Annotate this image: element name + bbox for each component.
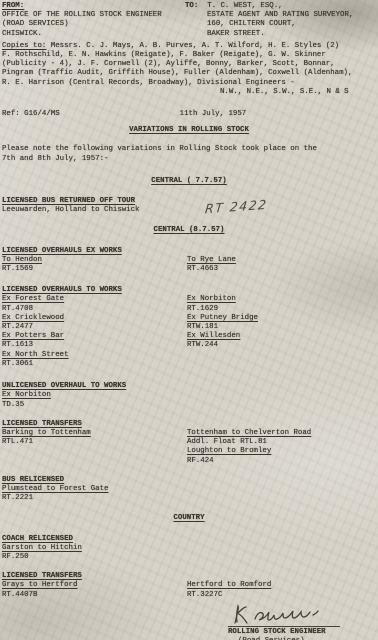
handwritten-fleet-annotation: RT 2422 [205,200,268,214]
route-text: To Rye Lane [187,256,376,265]
right-column: Ex Norbiton RT.1629 Ex Putney Bridge RTW… [187,295,376,369]
copies-line1-rest: Messrs. C. J. Mays, A. B. Purves, A. T. … [46,42,339,50]
route-text: To Hendon [2,256,187,265]
route-text: Plumstead to Forest Gate [2,485,376,494]
to-street1: 160, CHILTERN COURT, [207,20,353,29]
section-licensed-transfers-country: LICENSED TRANSFERS Grays to Hertford RT.… [2,572,376,600]
left-column: Grays to Hertford RT.4407B [2,581,187,599]
signoff-title: ROLLING STOCK ENGINEER [228,628,346,637]
route-text: Grays to Hertford [2,581,187,590]
signature-scrawl [228,604,340,627]
route-text: Tottenham to Chelverton Road [187,429,376,438]
route-text: Ex Norbiton [2,391,376,400]
fleet-number: Addl. Float RTL.81 [187,438,376,447]
doc-title: VARIATIONS IN ROLLING STOCK [129,126,249,134]
to-street2: BAKER STREET. [207,30,353,39]
scanned-memo-page: FROM: OFFICE OF THE ROLLING STOCK ENGINE… [0,0,378,640]
section-bus-relicensed: BUS RELICENSED Plumstead to Forest Gate … [2,476,376,504]
section-title: LICENSED TRANSFERS [2,420,376,429]
fleet-number: RF.424 [187,457,376,466]
section-coach-relicensed: COACH RELICENSED Garston to Hitchin RF.2… [2,535,376,563]
to-address: ESTATE AGENT AND RATING SURVEYOR, 160, C… [207,11,353,39]
central-8-heading-row: CENTRAL (8.7.57) [2,226,376,235]
right-column: To Rye Lane RT.4663 [187,256,376,274]
fleet-number: RT.2221 [2,494,376,503]
copies-line6: N.W., N.E., S.W., S.E., N & S [220,88,376,97]
section-overhauls-to-works: LICENSED OVERHAULS TO WORKS Ex Forest Ga… [2,286,376,369]
copies-line4: Pingram (Traffic Audit, Griffith House),… [2,69,376,78]
to-block: TO: T. C. WEST, ESQ., ESTATE AGENT AND R… [185,2,353,39]
ref-number: Ref: G16/4/MS [2,110,60,119]
two-column-row: To Hendon RT.1569 To Rye Lane RT.4663 [2,256,376,274]
fleet-number: RT.1629 [187,305,376,314]
section-returned-off-tour: LICENSED BUS RETURNED OFF TOUR Leeuwarde… [2,197,376,215]
to-line1: TO: T. C. WEST, ESQ., [185,2,353,11]
left-column: To Hendon RT.1569 [2,256,187,274]
signature-block: ROLLING STOCK ENGINEER (Road Services) [228,604,346,640]
section-title: COACH RELICENSED [2,535,376,544]
copies-label: Copies to: [2,42,46,50]
section-title: UNLICENSED OVERHAUL TO WORKS [2,382,376,391]
central-8-heading: CENTRAL (8.7.57) [154,226,225,234]
route-text: Leeuwarden, Holland to Chiswick [2,206,140,214]
two-column-row: Ex Forest Gate RT.4708 Ex Cricklewood RT… [2,295,376,369]
memo-content: FROM: OFFICE OF THE ROLLING STOCK ENGINE… [0,0,378,640]
intro-line1: Please note the following variations in … [2,145,376,154]
route-text: Garston to Hitchin [2,544,376,553]
intro-paragraph: Please note the following variations in … [2,145,376,163]
route-text: Ex Cricklewood [2,314,187,323]
from-location: CHISWICK. [2,30,185,39]
copies-line1: Copies to: Messrs. C. J. Mays, A. B. Pur… [2,42,376,51]
country-heading: COUNTRY [173,514,204,522]
country-heading-row: COUNTRY [2,514,376,523]
ref-date-row: Ref: G16/4/MS 11th July, 1957 [2,110,376,119]
right-column: Hertford to Romford RT.3227C [187,581,376,599]
fleet-number: RT.3227C [187,591,376,600]
left-column: Ex Forest Gate RT.4708 Ex Cricklewood RT… [2,295,187,369]
section-overhauls-ex-works: LICENSED OVERHAULS EX WORKS To Hendon RT… [2,247,376,275]
memo-header: FROM: OFFICE OF THE ROLLING STOCK ENGINE… [2,2,376,39]
fleet-number: RTW.244 [187,341,376,350]
two-column-row: Grays to Hertford RT.4407B Hertford to R… [2,581,376,599]
left-column: Barking to Tottenham RTL.471 [2,429,187,466]
section-licensed-transfers-central: LICENSED TRANSFERS Barking to Tottenham … [2,420,376,466]
route-text: Loughton to Bromley [187,447,376,456]
to-label: TO: [185,2,198,11]
fleet-number: RTW.181 [187,323,376,332]
section-title: LICENSED OVERHAULS EX WORKS [2,247,376,256]
route-text: Barking to Tottenham [2,429,187,438]
from-block: FROM: OFFICE OF THE ROLLING STOCK ENGINE… [2,2,185,39]
fleet-number: RTL.471 [2,438,187,447]
fleet-number: RF.250 [2,553,376,562]
section-title: BUS RELICENSED [2,476,376,485]
memo-date: 11th July, 1957 [180,110,247,119]
section-title: LICENSED BUS RETURNED OFF TOUR [2,197,376,206]
from-label: FROM: [2,2,185,11]
copies-block: Copies to: Messrs. C. J. Mays, A. B. Pur… [2,42,376,97]
fleet-number: RT.4708 [2,305,187,314]
fleet-number: RT.4407B [2,591,187,600]
fleet-number: RT.3061 [2,360,187,369]
fleet-number: RT.4663 [187,265,376,274]
fleet-number: TD.35 [2,401,376,410]
fleet-number: RT.2477 [2,323,187,332]
from-dept: (ROAD SERVICES) [2,20,185,29]
to-name: T. C. WEST, ESQ., [207,2,282,11]
section-unlicensed-overhaul: UNLICENSED OVERHAUL TO WORKS Ex Norbiton… [2,382,376,410]
central-7-heading: CENTRAL ( 7.7.57) [151,177,226,185]
route-line: Leeuwarden, Holland to Chiswick RT 2422 [2,206,376,215]
central-7-heading-row: CENTRAL ( 7.7.57) [2,177,376,186]
fleet-number: RT.1569 [2,265,187,274]
intro-line2: 7th and 8th July, 1957:- [2,155,376,164]
right-column: Tottenham to Chelverton Road Addl. Float… [187,429,376,466]
copies-line2: F. Rothschild, E. N. Hawkins (Reigate), … [2,51,376,60]
route-text: Ex North Street [2,351,187,360]
two-column-row: Barking to Tottenham RTL.471 Tottenham t… [2,429,376,466]
fleet-number: RT.1613 [2,341,187,350]
copies-line5: R. E. Harrison (Central Records, Broadwa… [2,79,376,88]
route-text: Ex Norbiton [187,295,376,304]
route-text: Ex Putney Bridge [187,314,376,323]
section-title: LICENSED TRANSFERS [2,572,376,581]
route-text: Ex Forest Gate [2,295,187,304]
route-text: Hertford to Romford [187,581,376,590]
doc-title-row: VARIATIONS IN ROLLING STOCK [2,126,376,135]
